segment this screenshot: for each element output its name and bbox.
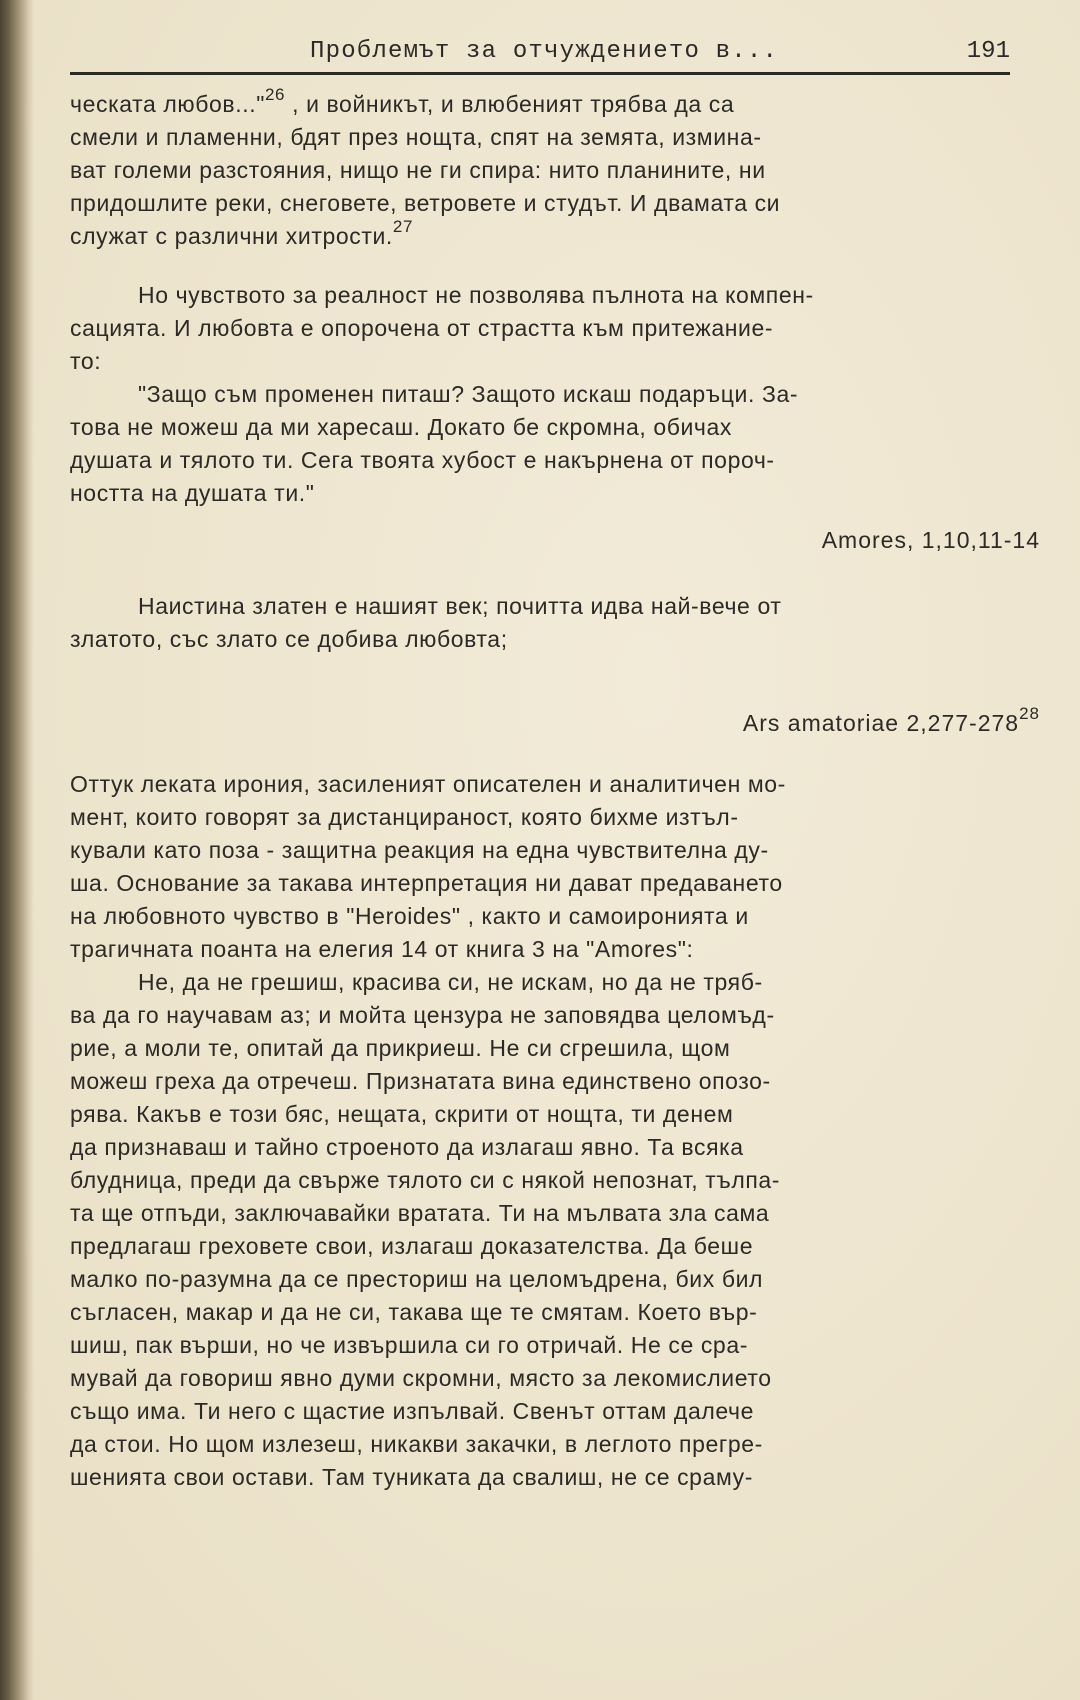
quote-line: "Защо съм променен питаш? Защото искаш п… xyxy=(70,378,1040,411)
running-header: Проблемът за отчуждението в... 191 xyxy=(70,38,1010,75)
quote-line: ва да го научавам аз; и мойта цензура не… xyxy=(70,999,1040,1032)
text-line: ша. Основание за такава интерпретация ни… xyxy=(70,867,1040,900)
quote-line: да признаваш и тайно строеното да излага… xyxy=(70,1131,1040,1164)
quote-line: съгласен, макар и да не си, такава ще те… xyxy=(70,1296,1040,1329)
text-line: смели и пламенни, бдят през нощта, спят … xyxy=(70,121,1040,154)
book-binding-shadow xyxy=(0,0,34,1700)
text-line: мент, които говорят за дистанцираност, к… xyxy=(70,801,1040,834)
footnote-ref-28: 28 xyxy=(1019,704,1040,723)
text-line: ват големи разстояния, нищо не ги спира:… xyxy=(70,154,1040,187)
paragraph-irony: Оттук леката ирония, засиленият описател… xyxy=(70,768,1040,966)
quote-line: блудница, преди да свърже тялото си с ня… xyxy=(70,1164,1040,1197)
text-line: служат с различни хитрости.27 xyxy=(70,220,1040,253)
paragraph-soldier-lover: ческата любов..."26 , и войникът, и влюб… xyxy=(70,88,1040,253)
quote-line: рява. Какъв е този бяс, нещата, скрити о… xyxy=(70,1098,1040,1131)
quote-line: Наистина златен е нашият век; почитта ид… xyxy=(70,590,1040,623)
text-line: то: xyxy=(70,345,1040,378)
quote-line: ността на душата ти." xyxy=(70,477,1040,510)
footnote-ref-27: 27 xyxy=(393,217,413,236)
running-title: Проблемът за отчуждението в... xyxy=(310,38,778,65)
quote-line: шиш, пак върши, но че извършила си го от… xyxy=(70,1329,1040,1362)
text-line: сацията. И любовта е опорочена от страст… xyxy=(70,312,1040,345)
text-line: кували като поза - защитна реакция на ед… xyxy=(70,834,1040,867)
quote-line: можеш греха да отречеш. Признатата вина … xyxy=(70,1065,1040,1098)
quote-line: също има. Ти него с щастие изпълвай. Све… xyxy=(70,1395,1040,1428)
quote-line: златото, със злато се добива любовта; xyxy=(70,623,1040,656)
quote-line: малко по-разумна да се престориш на цело… xyxy=(70,1263,1040,1296)
text-line: Оттук леката ирония, засиленият описател… xyxy=(70,768,1040,801)
quote-line: душата и тялото ти. Сега твоята хубост е… xyxy=(70,444,1040,477)
quote-line: та ще отпъди, заключавайки вратата. Ти н… xyxy=(70,1197,1040,1230)
quote-line: рие, а моли те, опитай да прикриеш. Не с… xyxy=(70,1032,1040,1065)
page-number: 191 xyxy=(967,38,1010,65)
text-line: Но чувството за реалност не позволява пъ… xyxy=(70,279,1040,312)
paragraph-golden-age: Наистина златен е нашият век; почитта ид… xyxy=(70,590,1040,656)
text-line: на любовното чувство в "Heroides" , какт… xyxy=(70,900,1040,933)
text-line: трагичната поанта на елегия 14 от книга … xyxy=(70,933,1040,966)
quote-line: да стои. Но щом излезеш, никакви закачки… xyxy=(70,1428,1040,1461)
citation-ars-amatoriae: Ars amatoriae 2,277-27828 xyxy=(743,710,1040,737)
quote-line: мувай да говориш явно думи скромни, мяст… xyxy=(70,1362,1040,1395)
paragraph-reality-sense: Но чувството за реалност не позволява пъ… xyxy=(70,279,1040,510)
quote-line: това не можеш да ми харесаш. Докато бе с… xyxy=(70,411,1040,444)
quote-line: Не, да не грешиш, красива си, не искам, … xyxy=(70,966,1040,999)
text-line: придошлите реки, снеговете, ветровете и … xyxy=(70,187,1040,220)
quote-line: предлагаш греховете свои, излагаш доказа… xyxy=(70,1230,1040,1263)
quote-line: шенията свои остави. Там туниката да сва… xyxy=(70,1461,1040,1494)
book-page: Проблемът за отчуждението в... 191 ческа… xyxy=(0,0,1080,1700)
footnote-ref-26: 26 xyxy=(265,85,285,104)
paragraph-elegy-quote: Не, да не грешиш, красива си, не искам, … xyxy=(70,966,1040,1494)
text-line: ческата любов..."26 , и войникът, и влюб… xyxy=(70,88,1040,121)
citation-amores: Amores, 1,10,11-14 xyxy=(822,527,1040,554)
